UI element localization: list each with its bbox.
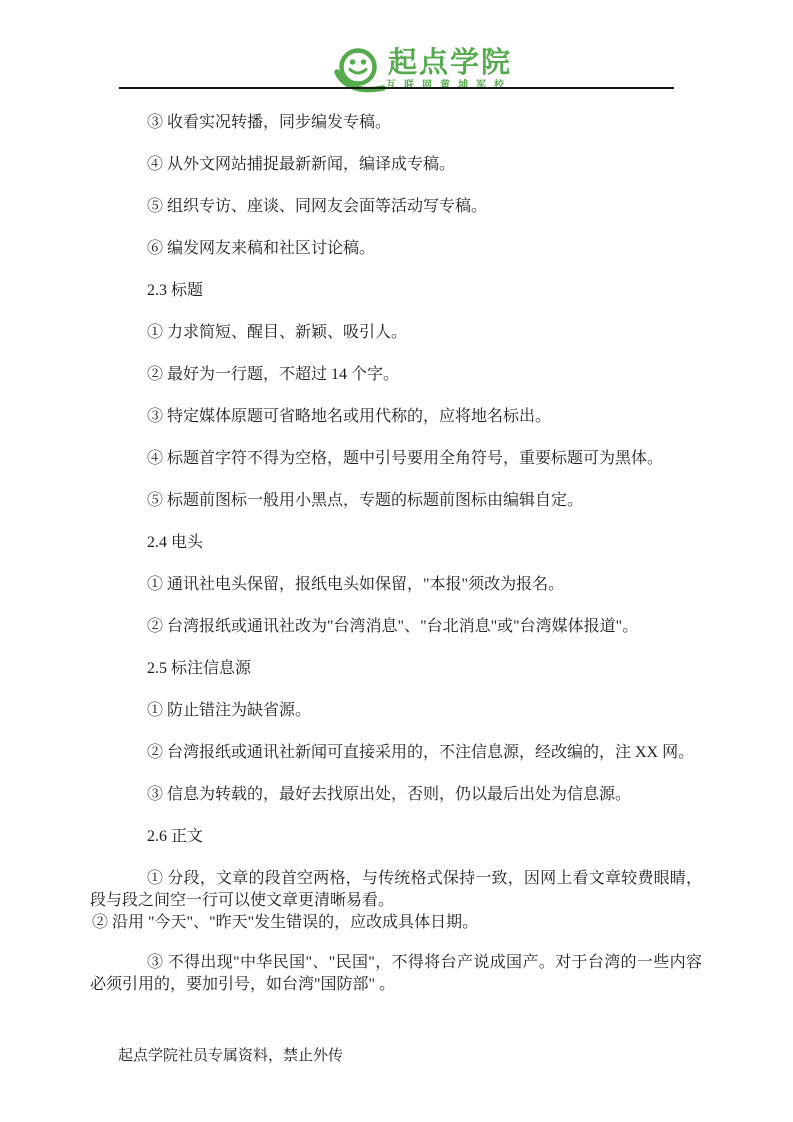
list-item-paragraph: ④ 从外文网站捕捉最新新闻，编译成专稿。 <box>90 154 702 176</box>
list-item-paragraph: ② 最好为一行题，不超过 14 个字。 <box>90 364 702 386</box>
list-item-paragraph: ⑤ 标题前图标一般用小黑点，专题的标题前图标由编辑自定。 <box>90 490 702 512</box>
section-heading: 2.5 标注信息源 <box>90 658 702 680</box>
list-item-paragraph: ② 台湾报纸或通讯社新闻可直接采用的，不注信息源，经改编的，注 XX 网。 <box>90 742 702 764</box>
header-divider <box>119 87 674 89</box>
list-item-paragraph: ② 沿用 "今天"、"昨天"发生错误的，应改成具体日期。 <box>90 912 702 934</box>
footer-note: 起点学院社员专属资料，禁止外传 <box>118 1048 343 1064</box>
list-item-paragraph: ② 台湾报纸或通讯社改为"台湾消息"、"台北消息"或"台湾媒体报道"。 <box>90 616 702 638</box>
list-item-paragraph: ③ 信息为转载的，最好去找原出处，否则，仍以最后出处为信息源。 <box>90 784 702 806</box>
list-item-paragraph: ① 分段，文章的段首空两格，与传统格式保持一致，因网上看文章较费眼睛，段与段之间… <box>90 868 702 912</box>
list-item-paragraph: ① 力求简短、醒目、新颖、吸引人。 <box>90 322 702 344</box>
list-item-paragraph: ① 防止错注为缺省源。 <box>90 700 702 722</box>
section-heading: 2.3 标题 <box>90 280 702 302</box>
list-item-paragraph: ④ 标题首字符不得为空格，题中引号要用全角符号，重要标题可为黑体。 <box>90 448 702 470</box>
list-item-paragraph: ③ 不得出现"中华民国"、"民国"，不得将台产说成国产。对于台湾的一些内容必须引… <box>90 952 702 996</box>
document-page: 起点学院 互联网黄埔军校 ③ 收看实况转播，同步编发专稿。 ④ 从外文网站捕捉最… <box>0 0 793 1122</box>
list-item-paragraph: ① 通讯社电头保留，报纸电头如保留，"本报"须改为报名。 <box>90 574 702 596</box>
section-heading: 2.4 电头 <box>90 532 702 554</box>
list-item-paragraph: ③ 特定媒体原题可省略地名或用代称的，应将地名标出。 <box>90 406 702 428</box>
logo-title: 起点学院 <box>388 48 512 78</box>
document-footer: 起点学院社员专属资料，禁止外传 <box>118 1046 343 1066</box>
list-item-paragraph: ⑥ 编发网友来稿和社区讨论稿。 <box>90 238 702 260</box>
section-heading: 2.6 正文 <box>90 826 702 848</box>
list-item-paragraph: ⑤ 组织专访、座谈、同网友会面等活动写专稿。 <box>90 196 702 218</box>
list-item-paragraph: ③ 收看实况转播，同步编发专稿。 <box>90 112 702 134</box>
smiley-q-icon <box>334 45 386 99</box>
document-body: ③ 收看实况转播，同步编发专稿。 ④ 从外文网站捕捉最新新闻，编译成专稿。 ⑤ … <box>90 112 702 1016</box>
